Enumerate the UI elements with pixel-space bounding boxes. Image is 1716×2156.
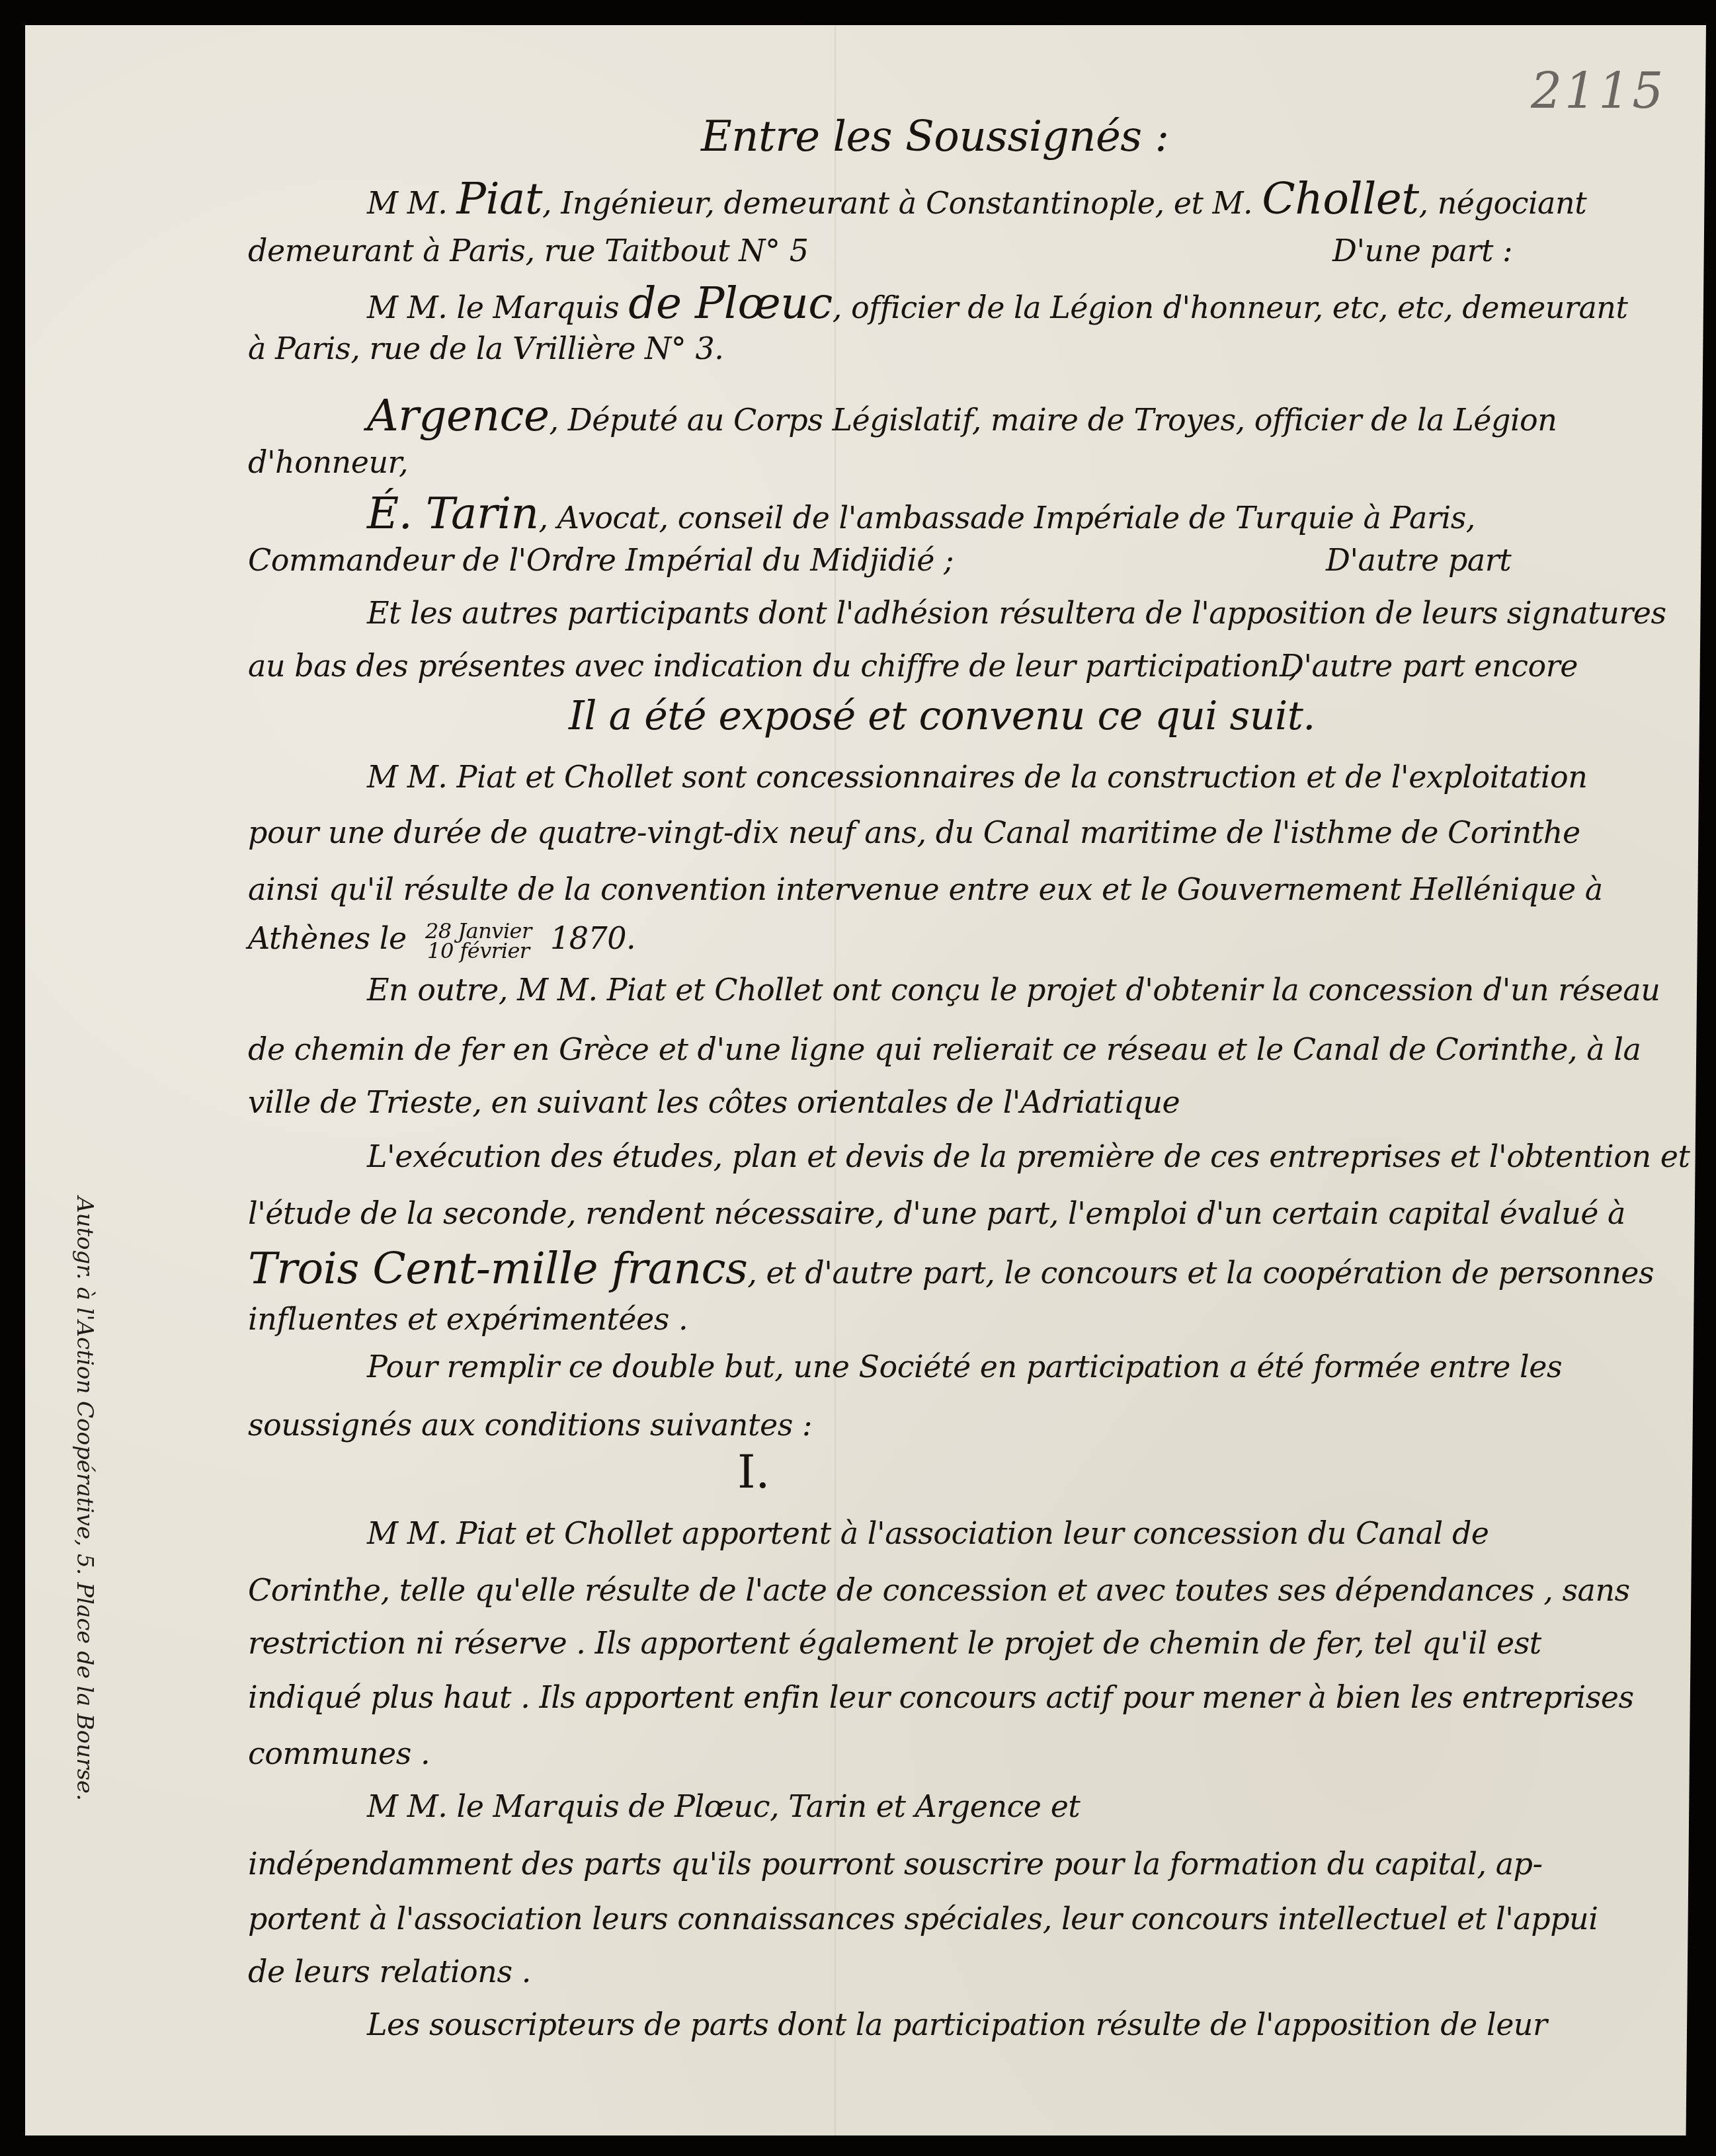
folio-number: 2115 — [1531, 63, 1666, 120]
party-argence-line-1: Argence, Député au Corps Législatif, mai… — [367, 390, 1557, 441]
execution-line-2: l'étude de la seconde, rendent nécessair… — [248, 1195, 1625, 1231]
name-piat: Piat — [457, 173, 542, 224]
date-lead: Athènes le — [248, 920, 407, 956]
party-tarin-line-1: É. Tarin, Avocat, conseil de l'ambassade… — [367, 488, 1475, 539]
name-argence: Argence — [367, 390, 550, 441]
document-title: Entre les Soussignés : — [701, 112, 1169, 161]
party-designation-other: D'autre part — [1326, 542, 1511, 578]
party-argence-line-2: d'honneur, — [248, 444, 408, 480]
honorific: M M. le Marquis — [367, 290, 619, 325]
execution-line-end: influentes et expérimentées . — [248, 1301, 688, 1337]
party-designation-one: D'une part : — [1332, 233, 1512, 268]
article-others-line-2: indépendamment des parts qu'ils pourront… — [248, 1846, 1543, 1882]
chollet-occupation: , négociant — [1418, 185, 1586, 221]
party-piat-chollet-line-2: demeurant à Paris, rue Taitbout N° 5 — [248, 233, 808, 268]
exposition-heading: Il a été exposé et convenu ce qui suit. — [569, 693, 1315, 739]
party-ploeuc-line-1: M M. le Marquis de Plœuc, officier de la… — [367, 278, 1627, 329]
article-piat-chollet-line-1: M M. Piat et Chollet apportent à l'assoc… — [367, 1515, 1489, 1551]
capital-amount: Trois Cent-mille francs — [248, 1243, 747, 1294]
article-others-line-3: portent à l'association leurs connaissan… — [248, 1901, 1598, 1936]
party-others-line-2: au bas des présentes avec indication du … — [248, 648, 1297, 684]
party-ploeuc-line-2: à Paris, rue de la Vrillière N° 3. — [248, 331, 723, 366]
name-chollet: Chollet — [1262, 173, 1418, 224]
date-year: 1870. — [550, 920, 635, 956]
society-line-2: soussignés aux conditions suivantes : — [248, 1407, 812, 1443]
capital-line: Trois Cent-mille francs, et d'autre part… — [248, 1243, 1654, 1294]
execution-line-1: L'exécution des études, plan et devis de… — [367, 1138, 1690, 1174]
concession-line-2: pour une durée de quatre-vingt-dix neuf … — [248, 815, 1580, 850]
party-others-line-1: Et les autres participants dont l'adhési… — [367, 595, 1666, 631]
date-gregorian: 10 février — [425, 941, 532, 961]
argence-description: , Député au Corps Législatif, maire de T… — [550, 402, 1557, 438]
article-piat-chollet-line-2: Corinthe, telle qu'elle résulte de l'act… — [248, 1572, 1630, 1608]
party-tarin-line-2: Commandeur de l'Ordre Impérial du Midjid… — [248, 542, 954, 578]
railway-line-2: de chemin de fer en Grèce et d'une ligne… — [248, 1031, 1641, 1067]
printer-margin-note: Autogr. à l'Action Coopérative, 5. Place… — [71, 1197, 98, 1801]
article-others-line-4: de leurs relations . — [248, 1954, 531, 1989]
honorific: M M. — [367, 185, 447, 221]
name-tarin: É. Tarin — [367, 488, 539, 539]
article-others-line-1: M M. le Marquis de Plœuc, Tarin et Argen… — [367, 1788, 1080, 1824]
railway-line-3: ville de Trieste, en suivant les côtes o… — [248, 1084, 1180, 1120]
society-line-1: Pour remplir ce double but, une Société … — [367, 1349, 1562, 1384]
capital-line-tail: , et d'autre part, le concours et la coo… — [747, 1255, 1654, 1291]
article-piat-chollet-line-5: communes . — [248, 1736, 430, 1771]
concession-line-3: ainsi qu'il résulte de la convention int… — [248, 871, 1603, 907]
railway-line-1: En outre, M M. Piat et Chollet ont conçu… — [367, 972, 1660, 1008]
tarin-description: , Avocat, conseil de l'ambassade Impéria… — [539, 500, 1475, 536]
subscribers-line-1: Les souscripteurs de parts dont la parti… — [367, 2007, 1547, 2042]
concession-line-1: M M. Piat et Chollet sont concessionnair… — [367, 759, 1587, 795]
party-piat-chollet-line-1: M M. Piat, Ingénieur, demeurant à Consta… — [367, 173, 1586, 224]
party-designation-other-again: D'autre part encore — [1280, 648, 1578, 684]
name-de-ploeuc: de Plœuc — [628, 278, 833, 329]
concession-date-line: Athènes le 28 Janvier 10 février 1870. — [248, 920, 635, 961]
article-number: I. — [737, 1445, 770, 1499]
article-piat-chollet-line-3: restriction ni réserve . Ils apportent é… — [248, 1625, 1541, 1661]
article-piat-chollet-line-4: indiqué plus haut . Ils apportent enfin … — [248, 1679, 1634, 1715]
piat-description: , Ingénieur, demeurant à Constantinople,… — [542, 185, 1252, 221]
double-date: 28 Janvier 10 février — [425, 921, 532, 961]
ploeuc-description: , officier de la Légion d'honneur, etc, … — [833, 290, 1628, 325]
